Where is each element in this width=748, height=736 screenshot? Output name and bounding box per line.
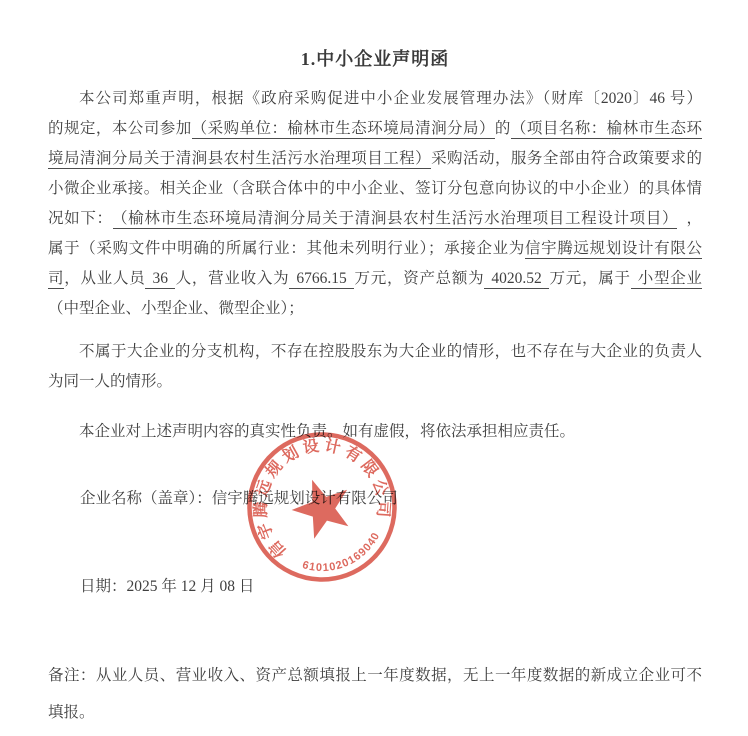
paragraph1-line8: （中型企业、小型企业、微型企业）； — [48, 294, 702, 324]
revenue-fill: 6766.15 — [289, 270, 353, 289]
enterprise-type-fill: 小型企业 — [631, 270, 702, 289]
company-seal: 信宇腾远规划设计有限公司 6101020169040 — [237, 422, 407, 592]
star-icon — [284, 470, 359, 543]
declaration-paragraph-1: 本公司郑重声明，根据《政府采购促进中小企业发展管理办法》（财库〔2020〕46 … — [48, 84, 702, 324]
paragraph1-line5: 况如下：（榆林市生态环境局清涧分局关于清涧县农村生活污水治理项目工程设计项目）， — [48, 204, 702, 234]
undertaking-company-fill-end: 司 — [48, 270, 64, 289]
declaration-paragraph-2: 不属于大企业的分支机构，不存在控股股东为大企业的情形，也不存在与大企业的负责人 … — [48, 337, 702, 397]
paragraph1-line3: 境局清涧分局关于清涧县农村生活污水治理项目工程）采购活动，服务全部由符合政策要求… — [48, 144, 702, 174]
paragraph1-line2: 的规定，本公司参加（采购单位：榆林市生态环境局清涧分局）的（项目名称：榆林市生态… — [48, 114, 702, 144]
paragraph1-line1: 本公司郑重声明，根据《政府采购促进中小企业发展管理办法》（财库〔2020〕46 … — [48, 84, 702, 114]
document-title: 1.中小企业声明函 — [48, 46, 702, 72]
paragraph1-line6: 属于（采购文件中明确的所属行业：其他未列明行业）；承接企业为信宇腾远规划设计有限… — [48, 234, 702, 264]
undertaking-company-fill-start: 信宇腾远规划设计有限公 — [525, 240, 702, 259]
note-line2: 填报。 — [48, 694, 702, 731]
procurement-unit-fill: （采购单位：榆林市生态环境局清涧分局） — [192, 120, 495, 139]
employee-count-fill: 36 — [145, 270, 175, 289]
paragraph1-line4: 小微企业承接。相关企业（含联合体中的中小企业、签订分包意向协议的中小企业）的具体… — [48, 174, 702, 204]
project-name-fill-end: 境局清涧分局关于清涧县农村生活污水治理项目工程） — [48, 150, 431, 169]
paragraph2-line2: 为同一人的情形。 — [48, 367, 702, 397]
note-line1: 备注：从业人员、营业收入、资产总额填报上一年度数据，无上一年度数据的新成立企业可… — [48, 657, 702, 694]
related-project-fill: （榆林市生态环境局清涧分局关于清涧县农村生活污水治理项目工程设计项目） — [113, 210, 678, 229]
paragraph2-line1: 不属于大企业的分支机构，不存在控股股东为大企业的情形，也不存在与大企业的负责人 — [48, 337, 702, 367]
note-block: 备注：从业人员、营业收入、资产总额填报上一年度数据，无上一年度数据的新成立企业可… — [48, 657, 702, 731]
company-name-label: 企业名称（盖章）： — [80, 490, 212, 507]
total-assets-fill: 4020.52 — [484, 270, 548, 289]
project-name-fill-start: （项目名称：榆林市生态环 — [511, 120, 702, 139]
paragraph1-line7: 司，从业人员36人，营业收入为6766.15万元，资产总额为4020.52万元，… — [48, 264, 702, 294]
regulation-text: 本公司郑重声明，根据《政府采购促进中小企业发展管理办法》（财库〔2020〕46 … — [79, 90, 702, 107]
declaration-document-page: 1.中小企业声明函 本公司郑重声明，根据《政府采购促进中小企业发展管理办法》（财… — [0, 0, 748, 736]
date-line: 日期：2025 年 12 月 08 日 — [80, 572, 254, 602]
